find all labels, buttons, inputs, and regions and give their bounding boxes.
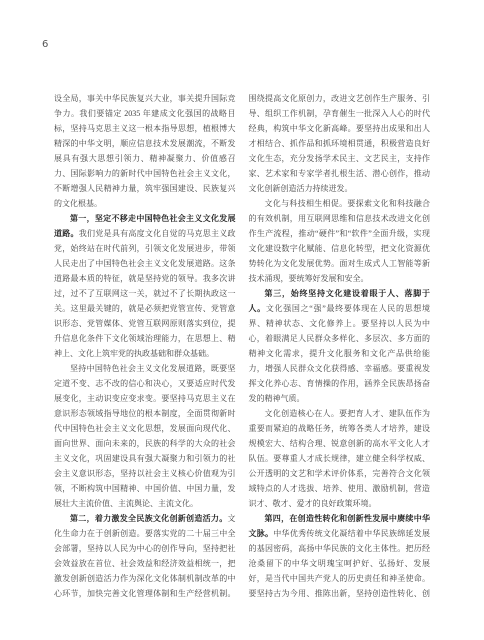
paragraph-text: 文化与科技相生相促。要探索文化和科技融合的有效机制，用互联网思维和信息技术改进文… — [249, 199, 431, 283]
paragraph-text: 文化创造核心在人。要把育人才、建队伍作为重要而紧迫的战略任务，统筹各类人才培养，… — [249, 409, 431, 508]
paragraph-text: 文化强国之“强”最终要体现在人民的思想境界、精神状态、文化修养上。要坚持以人民为… — [249, 304, 431, 403]
paragraph: 坚持中国特色社会主义文化发展道路，既要坚定道不变、志不改的信心和决心，又要适应时… — [54, 361, 236, 511]
paragraph-text: 坚持中国特色社会主义文化发展道路，既要坚定道不变、志不改的信心和决心，又要适应时… — [54, 364, 236, 508]
paragraph: 第三，始终坚持文化建设着眼于人、落脚于人。文化强国之“强”最终要体现在人民的思想… — [249, 286, 431, 406]
paragraph: 第一，坚定不移走中国特色社会主义文化发展道路。我们党是具有高度文化自觉的马克思主… — [54, 211, 236, 361]
paragraph-text: 我们党是具有高度文化自觉的马克思主义政党，始终站在时代前列，引领文化发展进步，带… — [54, 229, 236, 358]
paragraph-lead: 第二，着力激发全民族文化创新创造活力。 — [70, 514, 228, 523]
paragraph: 设全局，事关中华民族复兴大业，事关提升国际竞争力。我们要锚定 2035 年建成文… — [54, 91, 236, 211]
paragraph: 文化与科技相生相促。要探索文化和科技融合的有效机制，用互联网思维和信息技术改进文… — [249, 196, 431, 286]
paragraph: 文化创造核心在人。要把育人才、建队伍作为重要而紧迫的战略任务，统筹各类人才培养，… — [249, 406, 431, 511]
journal-page: { "page": { "number": "6", "background_c… — [0, 0, 484, 640]
article-body: 设全局，事关中华民族复兴大业，事关提升国际竞争力。我们要锚定 2035 年建成文… — [54, 91, 430, 605]
paragraph-text: 设全局，事关中华民族复兴大业，事关提升国际竞争力。我们要锚定 2035 年建成文… — [54, 94, 236, 208]
page-number: 6 — [42, 39, 48, 51]
